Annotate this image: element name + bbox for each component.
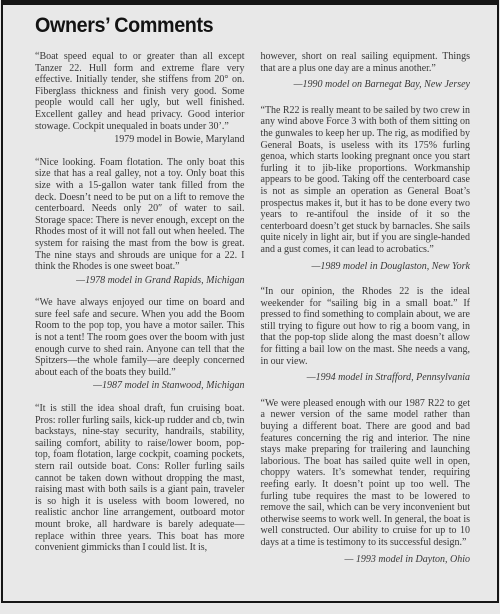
comment-paragraph: “Boat speed equal to or greater than all… — [35, 51, 245, 132]
comment-paragraph: “We have always enjoyed our time on boar… — [35, 297, 245, 378]
comment-attribution: — 1993 model in Dayton, Ohio — [261, 554, 471, 566]
comment-attribution: —1994 model in Strafford, Pennsylvania — [261, 372, 471, 384]
comment-attribution: —1989 model in Douglaston, New York — [261, 261, 471, 273]
two-column-layout: “Boat speed equal to or greater than all… — [35, 51, 470, 565]
comment-paragraph: “We were pleased enough with our 1987 R2… — [261, 398, 471, 549]
comment-paragraph: “The R22 is really meant to be sailed by… — [261, 105, 471, 256]
page-title: Owners’ Comments — [35, 14, 444, 38]
comment-attribution: —1990 model on Barnegat Bay, New Jersey — [261, 79, 471, 91]
page-frame: Owners’ Comments “Boat speed equal to or… — [1, 0, 499, 603]
comment-paragraph: “In our opinion, the Rhodes 22 is the id… — [261, 286, 471, 367]
comment-attribution: —1987 model in Stanwood, Michigan — [35, 380, 245, 392]
comment-paragraph: “It is still the idea shoal draft, fun c… — [35, 403, 245, 554]
comment-paragraph: “Nice looking. Foam flotation. The only … — [35, 157, 245, 273]
right-column: however, short on real sailing equipment… — [261, 51, 471, 565]
comment-paragraph-continued: however, short on real sailing equipment… — [261, 51, 471, 74]
comment-attribution: —1978 model in Grand Rapids, Michigan — [35, 275, 245, 287]
left-column: “Boat speed equal to or greater than all… — [35, 51, 245, 565]
comment-attribution: 1979 model in Bowie, Maryland — [35, 134, 245, 146]
